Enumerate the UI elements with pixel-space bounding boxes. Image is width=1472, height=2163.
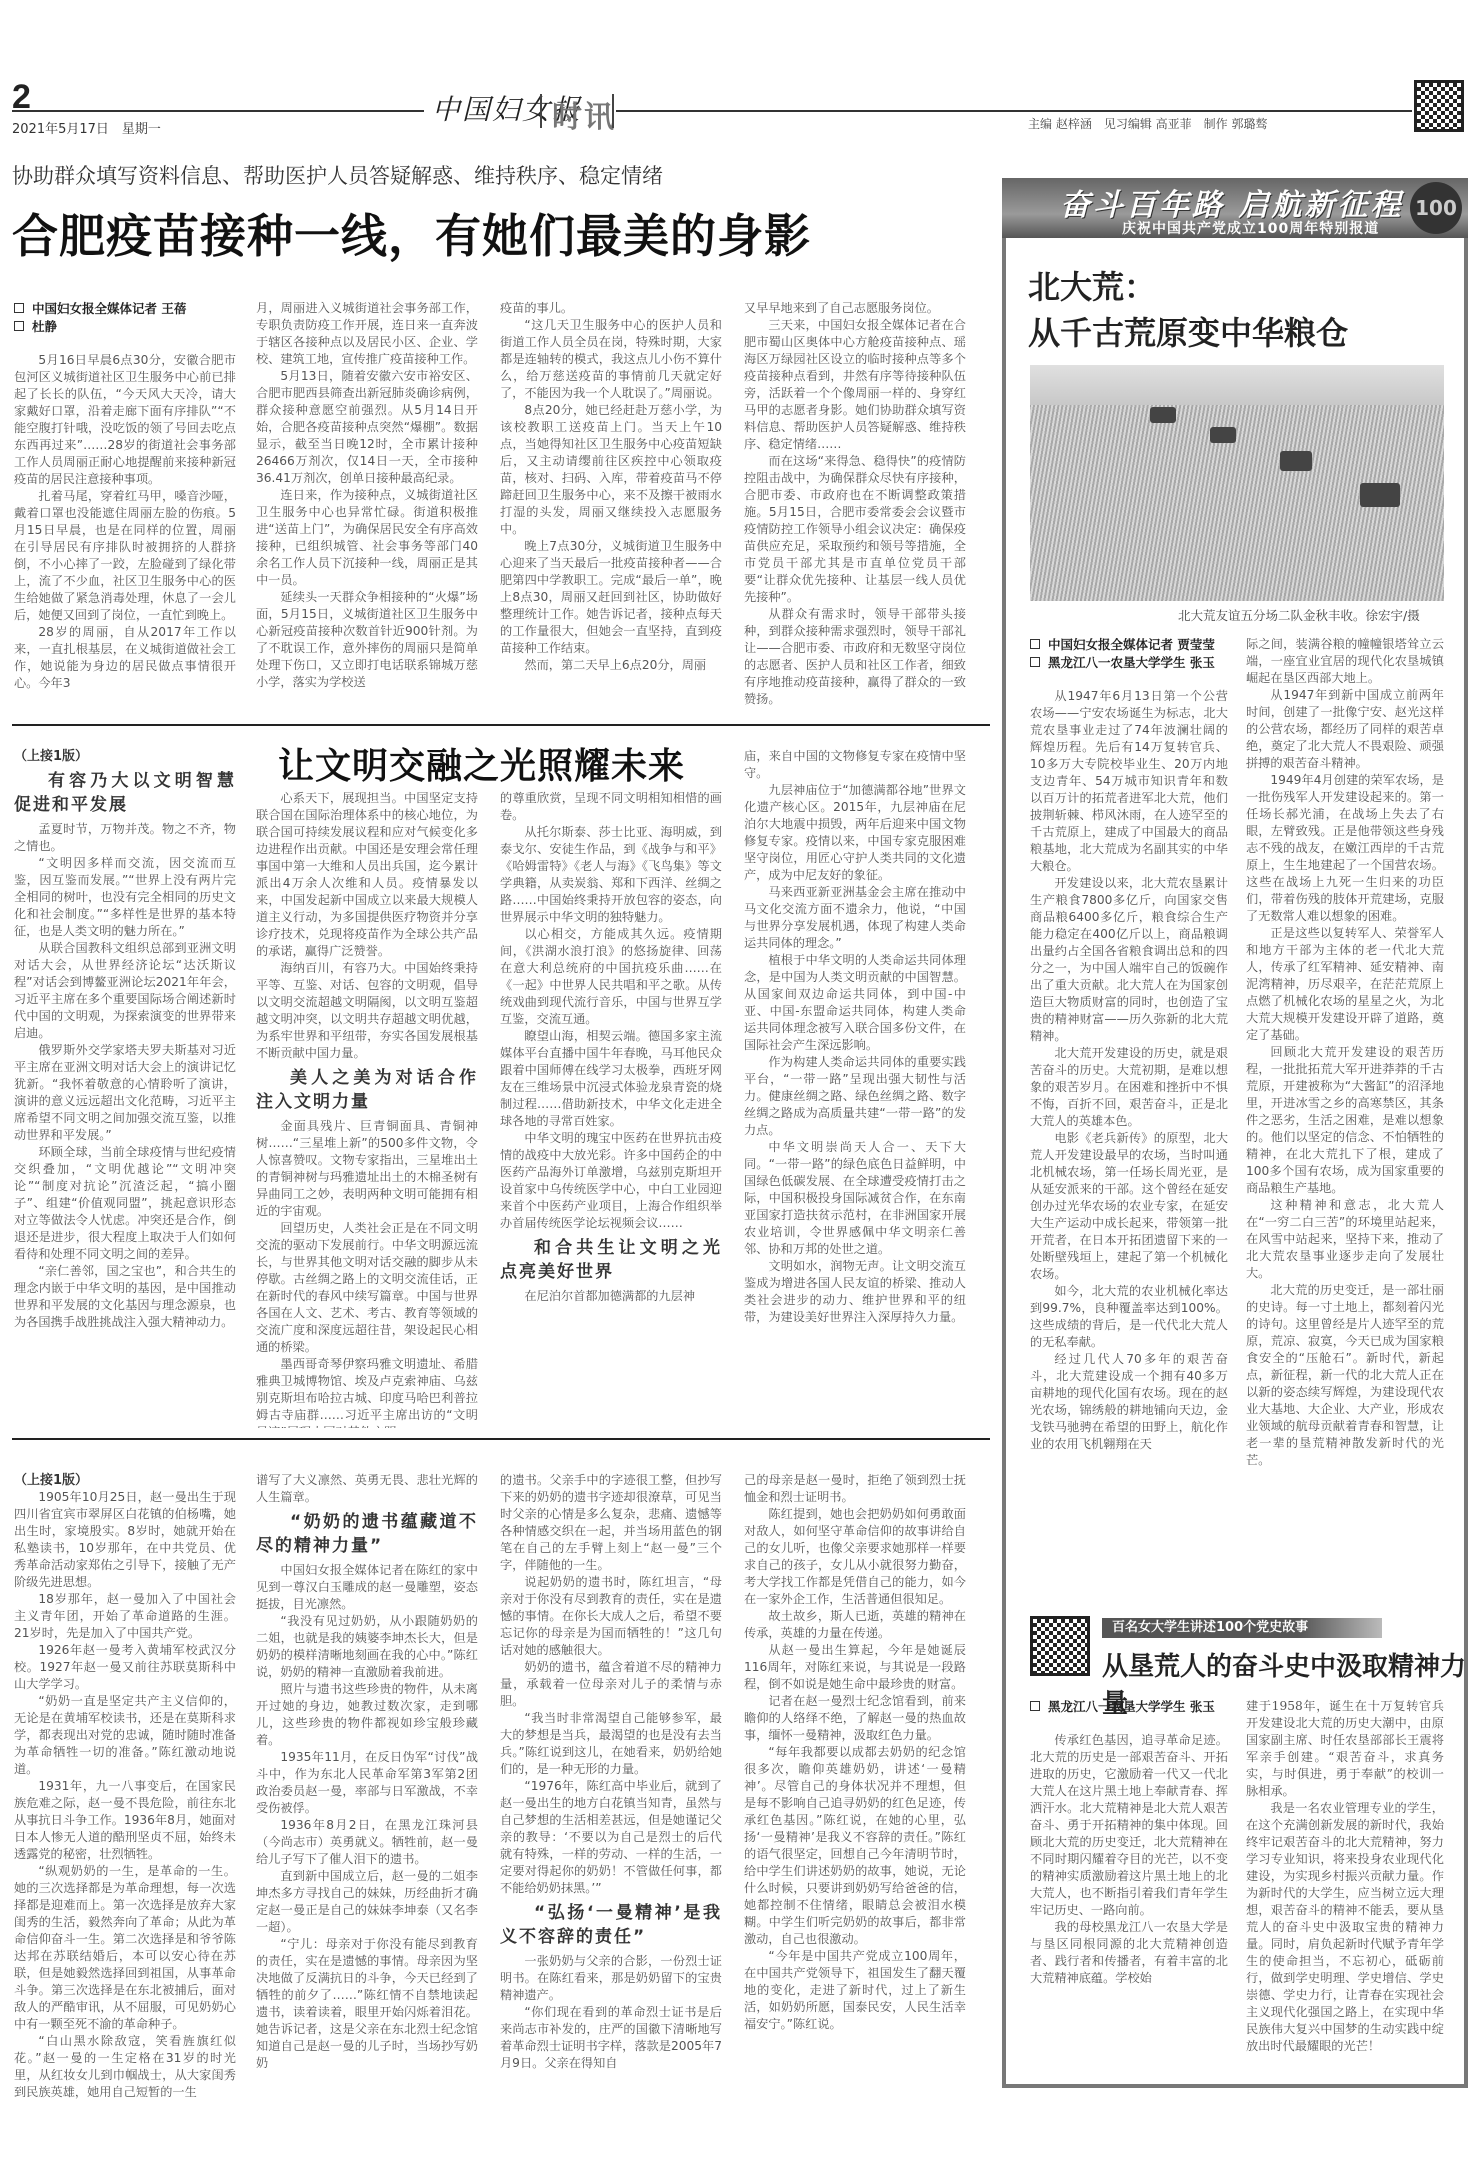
byline-square-icon bbox=[1030, 639, 1040, 649]
subhead: 和合共生让文明之光点亮美好世界 bbox=[500, 1236, 722, 1284]
sidebar-headline: 北大荒： 从千古荒原变中华粮仓 bbox=[1028, 264, 1348, 356]
banner-subtitle: 庆祝中国共产党成立100周年特别报道 bbox=[1122, 218, 1379, 238]
sidebar-byline: 中国妇女报全媒体记者 贾莹莹 黑龙江八一农垦大学学生 张玉 bbox=[1030, 636, 1228, 672]
section-rule bbox=[12, 724, 990, 726]
subhead: “弘扬‘一曼精神’是我义不容辞的责任” bbox=[500, 1901, 722, 1949]
subhead: 美人之美为对话合作注入文明力量 bbox=[256, 1066, 478, 1114]
lead-column-4: 又早早地来到了自己志愿服务岗位。 三天来，中国妇女报全媒体记者在合肥市蜀山区奥体… bbox=[744, 300, 966, 710]
jump-note: （上接1版） bbox=[14, 1472, 236, 1489]
harvest-photo bbox=[1030, 365, 1444, 601]
sidebar2-column-2: 建于1958年，诞生在十万复转官兵开发建设北大荒的历史大潮中，由原国家副主席、时… bbox=[1246, 1698, 1444, 2078]
lead-column-1: 中国妇女报全媒体记者 王蓓 杜静 5月16日早晨6点30分，安徽合肥市包河区义城… bbox=[14, 300, 236, 710]
byline-square-icon bbox=[14, 303, 24, 313]
lead-column-2: 月，周丽进入义城街道社会事务部工作，专职负责防疫工作开展，连日来一直奔波于辖区各… bbox=[256, 300, 478, 710]
sidebar2-column-1: 黑龙江八一农垦大学学生 张玉 传承红色基因，追寻革命足迹。北大荒的历史是一部艰苦… bbox=[1030, 1698, 1228, 2078]
combine-harvester-icon bbox=[1150, 407, 1176, 423]
jump-note: （上接1版） bbox=[14, 748, 236, 765]
civilization-column-1: （上接1版） 有容乃大以文明智慧促进和平发展 孟夏时节，万物并茂。物之不齐，物之… bbox=[14, 748, 236, 1428]
editor-credits: 主编 赵梓涵 见习编辑 高亚菲 制作 郭璐骜 bbox=[1028, 115, 1267, 132]
section-divider bbox=[612, 94, 614, 128]
sidebar-column-1: 中国妇女报全媒体记者 贾莹莹 黑龙江八一农垦大学学生 张玉 从1947年6月13… bbox=[1030, 636, 1228, 1596]
lead-column-3: 疫苗的事儿。 “这几天卫生服务中心的医护人员和街道工作人员全员在岗，特殊时期，大… bbox=[500, 300, 722, 710]
masthead-rule bbox=[12, 110, 424, 112]
civilization-headline: 让文明交融之光照耀未来 bbox=[278, 738, 685, 789]
lead-kicker: 协助群众填写资料信息、帮助医护人员答疑解惑、维持秩序、稳定情绪 bbox=[12, 160, 663, 190]
masthead-rule bbox=[616, 110, 1412, 112]
section-rule bbox=[12, 1438, 990, 1440]
centenary-badge-icon: 100 bbox=[1410, 182, 1462, 234]
civilization-column-4: 庙，来自中国的文物修复专家在疫情中坚守。 九层神庙位于“加德满都谷地”世界文化遗… bbox=[744, 748, 966, 1428]
sidebar-column-2: 际之间，装满谷粮的幢幢银塔耸立云端，一座宜业宜居的现代化农垦城镇崛起在垦区西部大… bbox=[1246, 636, 1444, 1596]
section-name: 时讯 bbox=[552, 92, 616, 136]
subhead: 有容乃大以文明智慧促进和平发展 bbox=[14, 769, 236, 817]
byline-square-icon bbox=[14, 321, 24, 331]
subhead: “奶奶的遗书蕴藏道不尽的精神力量” bbox=[256, 1510, 478, 1558]
zhao-column-4: 己的母亲是赵一曼时，拒绝了领到烈士抚恤金和烈士证明书。 陈红提到，她也会把奶奶如… bbox=[744, 1472, 966, 2158]
byline-square-icon bbox=[1030, 1701, 1040, 1711]
series-kicker: 百名女大学生讲述100个党史故事 bbox=[1102, 1618, 1382, 1638]
zhao-column-2: 谱写了大义凛然、英勇无畏、悲壮光辉的人生篇章。 “奶奶的遗书蕴藏道不尽的精神力量… bbox=[256, 1472, 478, 2158]
issue-date: 2021年5月17日 星期一 bbox=[12, 118, 161, 137]
lead-headline: 合肥疫苗接种一线，有她们最美的身影 bbox=[12, 200, 811, 266]
qr-code-icon[interactable] bbox=[1414, 80, 1464, 132]
qr-code-icon[interactable] bbox=[1030, 1616, 1090, 1676]
combine-harvester-icon bbox=[1210, 427, 1236, 443]
sidebar2-byline: 黑龙江八一农垦大学学生 张玉 bbox=[1030, 1698, 1228, 1716]
combine-harvester-icon bbox=[1360, 483, 1400, 507]
zhao-column-3: 的遗书。父亲手中的字迹很工整，但抄写下来的奶奶的遗书字迹却很潦草，可见当时父亲的… bbox=[500, 1472, 722, 2158]
section-divider bbox=[540, 94, 542, 128]
byline-square-icon bbox=[1030, 657, 1040, 667]
lead-byline: 中国妇女报全媒体记者 王蓓 杜静 bbox=[14, 300, 236, 336]
civilization-column-2: 心系天下，展现担当。中国坚定支持联合国在国际治理体系中的核心地位，为联合国可持续… bbox=[256, 790, 478, 1428]
combine-harvester-icon bbox=[1280, 451, 1312, 471]
zhao-column-1: （上接1版） 1905年10月25日，赵一曼出生于现四川省宜宾市翠屏区白花镇的伯… bbox=[14, 1472, 236, 2158]
civilization-column-3: 的尊重欣赏，呈现不同文明相知相惜的画卷。 从托尔斯泰、莎士比亚、海明威，到泰戈尔… bbox=[500, 790, 722, 1428]
photo-caption: 北大荒友谊五分场二队金秋丰收。徐宏宇/摄 bbox=[1178, 606, 1420, 624]
